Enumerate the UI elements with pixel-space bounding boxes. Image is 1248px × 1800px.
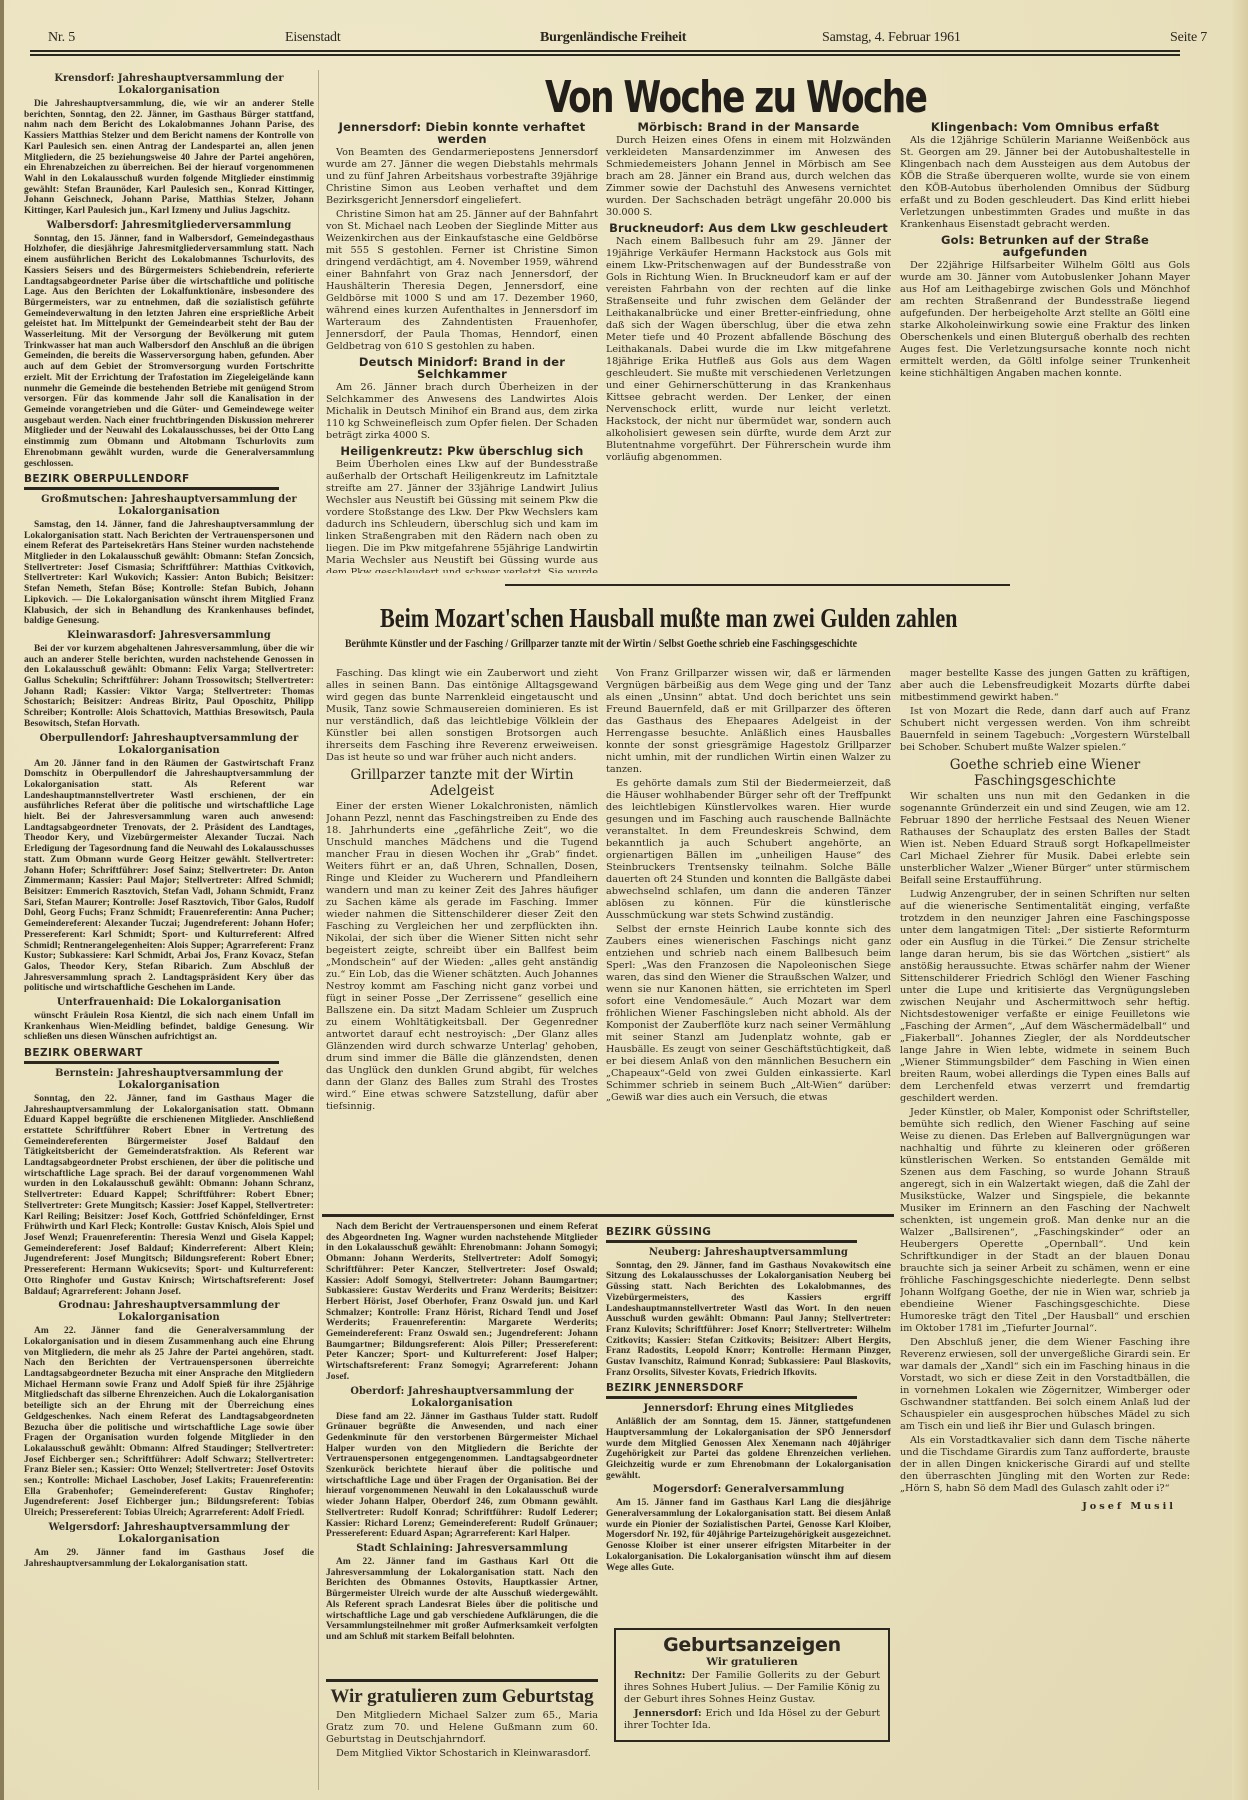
births-subtitle: Wir gratulieren [624, 1656, 880, 1668]
feature-paragraph: mager bestellte Kasse des jungen Gatten … [900, 668, 1190, 704]
news-column-2: Mörbisch: Brand in der Mansarde Durch He… [606, 118, 891, 573]
feature-paragraph: Als ein Vorstadtkavalier sich dann dem T… [900, 1435, 1190, 1495]
birth-entry: Rechnitz: Der Familie Gollerits zu der G… [624, 1670, 880, 1706]
article-heading: Jennersdorf: Ehrung eines Mitgliedes [606, 1403, 891, 1415]
article-body: Beim Überholen eines Lkw auf der Bundess… [326, 459, 598, 573]
article-heading: Oberdorf: Jahreshauptversammlung der Lok… [326, 1386, 598, 1410]
guessing-jennersdorf-column: BEZIRK GÜSSING Neuberg: Jahreshauptversa… [606, 1222, 891, 1622]
feature-subheading: Goethe schrieb eine Wiener Faschingsgesc… [900, 757, 1190, 789]
article-heading: Mörbisch: Brand in der Mansarde [606, 121, 891, 133]
feature-subtitle: Berühmte Künstler und der Fasching / Gri… [345, 638, 857, 650]
article-heading: Kleinwarasdorf: Jahresversammlung [24, 630, 314, 642]
issue-number: Nr. 5 [48, 30, 75, 46]
article-body: Am 20. Jänner fand in den Räumen der Gas… [24, 759, 314, 994]
article-body: Am 22. Jänner fand die Generalversammlun… [24, 1326, 314, 1519]
birthday-column: Wir gratulieren zum Geburtstag Den Mitgl… [326, 1682, 598, 1792]
left-column: Krensdorf: Jahreshauptversammlung der Lo… [24, 70, 314, 1790]
city: Eisenstadt [285, 30, 341, 46]
article-heading: Welgersdorf: Jahreshauptversammlung der … [24, 1522, 314, 1546]
article-body: Sonntag, den 22. Jänner, fand im Gasthau… [24, 1094, 314, 1297]
article-body: Diese fand am 22. Jänner im Gasthaus Tul… [326, 1412, 598, 1540]
article-body: Christine Simon hat am 25. Jänner auf de… [326, 209, 598, 353]
feature-title: Beim Mozart'schen Hausball mußte man zwe… [380, 603, 957, 634]
article-heading: Bernstein: Jahreshauptversammlung der Lo… [24, 1068, 314, 1092]
article-heading: Walbersdorf: Jahresmitgliederversammlung [24, 220, 314, 232]
article-heading: Neuberg: Jahreshauptversammlung [606, 1247, 891, 1259]
article-heading: Mogersdorf: Generalversammlung [606, 1484, 891, 1496]
article-body: wünscht Fräulein Rosa Kientzl, die sich … [24, 1011, 314, 1043]
article-body: Von Beamten des Gendarmeriepostens Jenne… [326, 147, 598, 207]
article-body: Als die 12jährige Schülerin Marianne Wei… [900, 135, 1190, 231]
district-heading: BEZIRK JENNERSDORF [606, 1383, 857, 1399]
article-body: Anläßlich der am Sonntag, dem 15. Jänner… [606, 1417, 891, 1481]
district-heading: BEZIRK GÜSSING [606, 1227, 857, 1243]
article-body: Nach einem Ballbesuch fuhr am 29. Jänner… [606, 236, 891, 464]
birthday-text: Dem Mitglied Viktor Schostarich in Klein… [326, 1748, 598, 1760]
article-body: Am 22. Jänner fand im Gasthaus Karl Ott … [326, 1557, 598, 1643]
article-heading: Stadt Schlaining: Jahresversammlung [326, 1543, 598, 1555]
feature-paragraph: Von Franz Grillparzer wissen wir, daß er… [606, 668, 891, 776]
article-heading: Krensdorf: Jahreshauptversammlung der Lo… [24, 73, 314, 97]
birth-place: Jennersdorf: [634, 1708, 702, 1719]
newspaper-page: Nr. 5 Eisenstadt Burgenländische Freihei… [0, 0, 1248, 1800]
feature-paragraph: Ludwig Anzengruber, der in seinen Schrif… [900, 889, 1190, 1105]
district-heading: BEZIRK OBERWART [24, 1048, 279, 1064]
author-signature: Josef Musil [900, 1501, 1190, 1513]
article-heading: Bruckneudorf: Aus dem Lkw geschleudert [606, 222, 891, 234]
feature-column-1: Fasching. Das klingt wie ein Zauberwort … [326, 668, 598, 1208]
article-body: Nach dem Bericht der Vertrauenspersonen … [326, 1222, 598, 1383]
article-heading: Großmutschen: Jahreshauptversammlung der… [24, 494, 314, 518]
feature-column-3: mager bestellte Kasse des jungen Gatten … [900, 668, 1190, 1788]
article-body: Die Jahreshauptversammlung, die, wie wir… [24, 99, 314, 217]
article-body: Durch Heizen eines Ofens in einem mit Ho… [606, 135, 891, 219]
page-edge [1232, 0, 1248, 1800]
feature-column-2: Von Franz Grillparzer wissen wir, daß er… [606, 668, 891, 1208]
birth-entry: Jennersdorf: Erich und Ida Hösel zu der … [624, 1708, 880, 1732]
masthead: Nr. 5 Eisenstadt Burgenländische Freihei… [30, 28, 1190, 50]
births-box-wrapper: Geburtsanzeigen Wir gratulieren Rechnitz… [614, 1624, 890, 1764]
article-heading: Deutsch Minidorf: Brand in der Selchkamm… [326, 356, 598, 380]
feature-paragraph: Einer der ersten Wiener Lokalchronisten,… [326, 801, 598, 1113]
article-body: Am 15. Jänner fand im Gasthaus Karl Lang… [606, 1498, 891, 1573]
births-title: Geburtsanzeigen [624, 1634, 880, 1656]
birthday-text: Den Mitgliedern Michael Salzer zum 65., … [326, 1710, 598, 1746]
article-heading: Oberpullendorf: Jahreshauptversammlung d… [24, 733, 314, 757]
article-body: Sonntag, den 15. Jänner, fand in Walbers… [24, 234, 314, 469]
page-number: Seite 7 [1170, 30, 1207, 46]
news-column-3: Klingenbach: Vom Omnibus erfaßt Als die … [900, 118, 1190, 573]
feature-subheading: Grillparzer tanzte mit der Wirtin Adelge… [326, 767, 598, 799]
article-heading: Jennersdorf: Diebin konnte verhaftet wer… [326, 121, 598, 145]
feature-paragraph: Fasching. Das klingt wie ein Zauberwort … [326, 668, 598, 764]
birthday-title: Wir gratulieren zum Geburtstag [326, 1686, 598, 1708]
issue-date: Samstag, 4. Februar 1961 [822, 30, 961, 46]
article-body: Bei der vor kurzem abgehaltenen Jahresve… [24, 644, 314, 730]
feature-rule [505, 584, 1010, 586]
article-heading: Grodnau: Jahreshauptversammlung der Loka… [24, 1300, 314, 1324]
article-body: Der 22jährige Hilfsarbeiter Wilhelm Gölt… [900, 260, 1190, 380]
article-heading: Heiligenkreutz: Pkw überschlug sich [326, 445, 598, 457]
feature-paragraph: Selbst der ernste Heinrich Laube konnte … [606, 924, 891, 1104]
news-column-1: Jennersdorf: Diebin konnte verhaftet wer… [326, 118, 598, 573]
feature-paragraph: Es gehörte damals zum Stil der Biedermei… [606, 778, 891, 922]
oberwart-continued-column: Nach dem Bericht der Vertrauenspersonen … [326, 1222, 598, 1662]
article-heading: Gols: Betrunken auf der Straße aufgefund… [900, 234, 1190, 258]
article-heading: Unterfrauenhaid: Die Lokalorganisation [24, 997, 314, 1009]
birth-announcements-box: Geburtsanzeigen Wir gratulieren Rechnitz… [614, 1628, 890, 1742]
paper-name: Burgenländische Freiheit [540, 30, 686, 46]
district-heading: BEZIRK OBERPULLENDORF [24, 474, 279, 490]
article-body: Am 29. Jänner fand im Gasthaus Josef die… [24, 1548, 314, 1569]
section-title: Von Woche zu Woche [545, 72, 926, 123]
article-heading: Klingenbach: Vom Omnibus erfaßt [900, 121, 1190, 133]
feature-paragraph: Den Abschluß jener, die dem Wiener Fasch… [900, 1337, 1190, 1433]
feature-paragraph: Wir schalten uns nun mit den Gedanken in… [900, 791, 1190, 887]
birth-place: Rechnitz: [634, 1670, 685, 1681]
article-body: Samstag, den 14. Jänner, fand die Jahres… [24, 520, 314, 627]
column-divider [318, 70, 319, 1790]
article-body: Sonntag, den 29. Jänner, fand im Gasthau… [606, 1261, 891, 1379]
article-body: Am 26. Jänner brach durch Überheizen in … [326, 382, 598, 442]
section-rule [322, 1214, 894, 1217]
masthead-rule [30, 50, 1180, 56]
page-edge [0, 0, 4, 1800]
feature-paragraph: Ist von Mozart die Rede, dann darf auch … [900, 706, 1190, 754]
feature-paragraph: Jeder Künstler, ob Maler, Komponist oder… [900, 1107, 1190, 1335]
